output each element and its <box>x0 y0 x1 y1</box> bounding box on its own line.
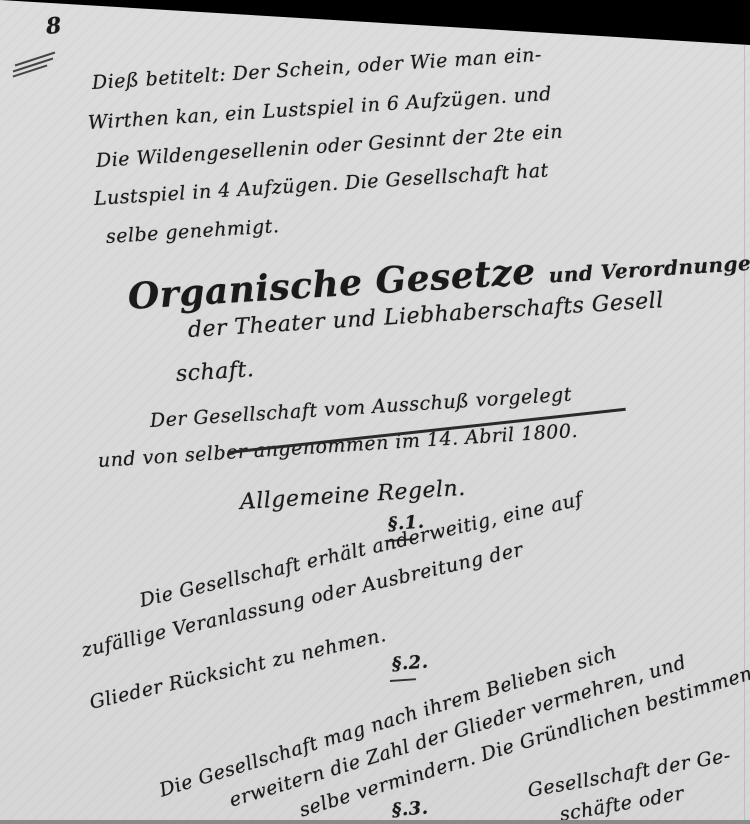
scan-bottom-edge <box>0 820 750 824</box>
section-label: §.3. <box>391 797 429 820</box>
page-edge-line <box>744 45 745 824</box>
heading-line-3: schaft. <box>175 357 255 387</box>
text-line: Dieß betitelt: Der Schein, oder Wie man … <box>91 44 542 94</box>
manuscript-page: 8 Dieß betitelt: Der Schein, oder Wie ma… <box>0 0 750 824</box>
heading-title-rest: und Verordnungen <box>548 250 750 288</box>
text-line: erweitern die Zahl der Glieder vermehren… <box>227 651 689 811</box>
section-label: §.2. <box>391 651 429 674</box>
rules-title: Allgemeine Regeln. <box>239 476 466 515</box>
page-number: 8 <box>45 12 63 40</box>
text-line: selbe genehmigt. <box>105 215 280 248</box>
section-rule <box>390 678 416 682</box>
